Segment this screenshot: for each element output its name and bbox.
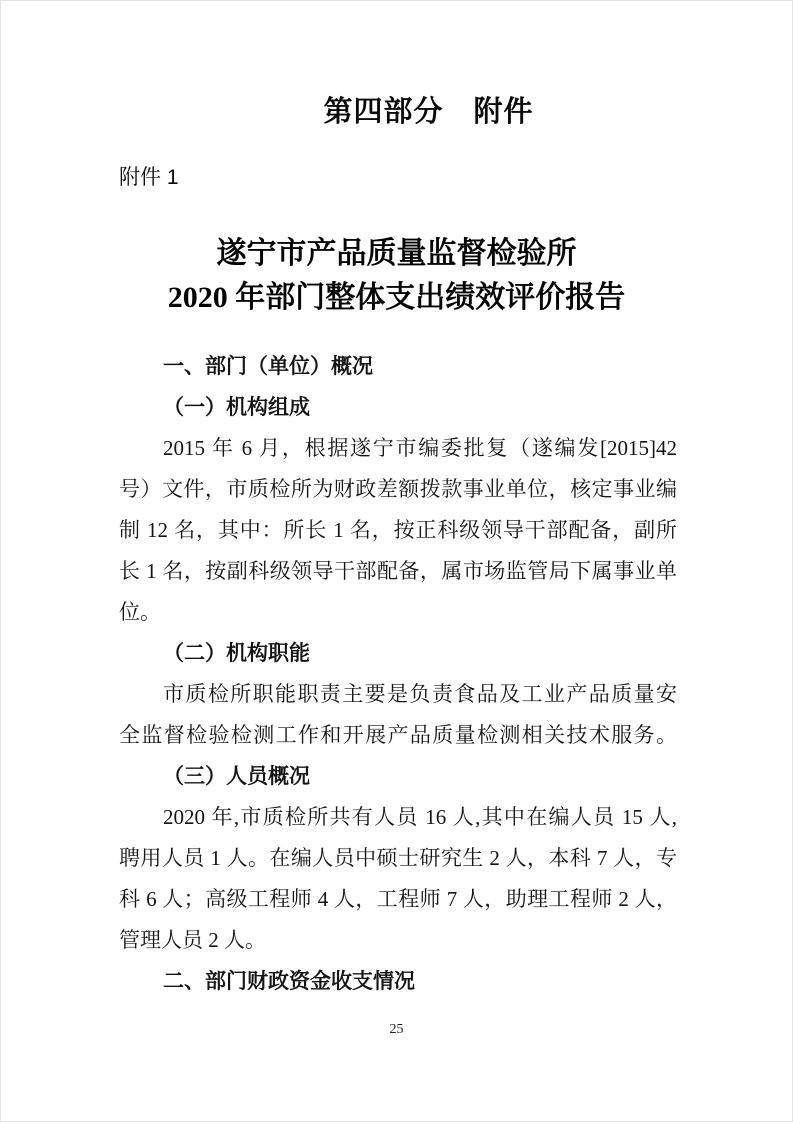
paragraph-line: 长 1 名，按副科级领导干部配备，属市场监管局下属事业单 [119, 551, 677, 592]
paragraph-line: 2015 年 6 月，根据遂宁市编委批复（遂编发[2015]42 [119, 428, 677, 469]
paragraph-line: 位。 [119, 592, 677, 633]
document-body: 一、部门（单位）概况 （一）机构组成 2015 年 6 月，根据遂宁市编委批复（… [119, 346, 677, 1002]
paragraph-line: 制 12 名，其中：所长 1 名，按正科级领导干部配备，副所 [119, 510, 677, 551]
paragraph-line: 市质检所职能职责主要是负责食品及工业产品质量安 [119, 674, 677, 715]
paragraph-line: 2020 年,市质检所共有人员 16 人,其中在编人员 15 人, [119, 797, 677, 838]
section-heading-2: 二、部门财政资金收支情况 [119, 961, 677, 1002]
paragraph-line: 全监督检验检测工作和开展产品质量检测相关技术服务。 [119, 715, 677, 756]
section-heading-1: 一、部门（单位）概况 [119, 346, 677, 387]
paragraph-line: 管理人员 2 人。 [119, 920, 677, 961]
sub-heading-1: （一）机构组成 [119, 387, 677, 428]
paragraph-line: 号）文件，市质检所为财政差额拨款事业单位，核定事业编 [119, 469, 677, 510]
report-title-line2: 2020 年部门整体支出绩效评价报告 [1, 276, 792, 320]
part-heading: 第四部分 附件 [65, 94, 792, 130]
attachment-label: 附件 1 [119, 164, 179, 192]
sub-heading-3: （三）人员概况 [119, 756, 677, 797]
sub-heading-2: （二）机构职能 [119, 633, 677, 674]
report-title-line1: 遂宁市产品质量监督检验所 [1, 232, 792, 276]
page-number: 25 [1, 1022, 792, 1038]
report-title: 遂宁市产品质量监督检验所 2020 年部门整体支出绩效评价报告 [1, 232, 792, 320]
document-page: 第四部分 附件 附件 1 遂宁市产品质量监督检验所 2020 年部门整体支出绩效… [0, 0, 793, 1122]
paragraph-line: 聘用人员 1 人。在编人员中硕士研究生 2 人，本科 7 人，专 [119, 838, 677, 879]
paragraph-line: 科 6 人；高级工程师 4 人，工程师 7 人，助理工程师 2 人， [119, 879, 677, 920]
